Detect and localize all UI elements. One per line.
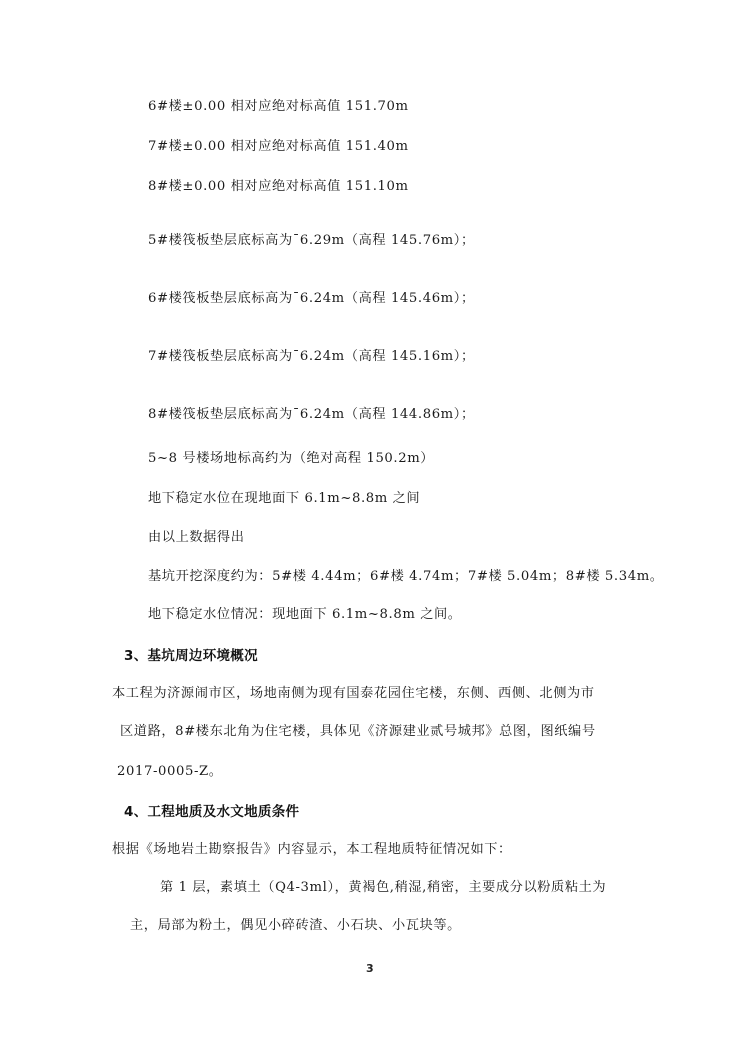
site-elevation-line: 5~8 号楼场地标高约为（绝对高程 150.2m） [148, 451, 434, 467]
section-3-paragraph-line-2: 区道路，8#楼东北角为住宅楼，具体见《济源建业贰号城邦》总图，图纸编号 [120, 724, 596, 740]
section-3-paragraph-line-1: 本工程为济源闹市区，场地南侧为现有国泰花园住宅楼，东侧、西侧、北侧为市 [112, 686, 595, 702]
section-3-heading: 3、基坑周边环境概况 [124, 648, 258, 664]
elevation-line-6: 6#楼±0.00 相对应绝对标高值 151.70m [148, 99, 409, 115]
section-4-heading: 4、工程地质及水文地质条件 [124, 804, 299, 820]
excavation-depth-line: 基坑开挖深度约为：5#楼 4.44m；6#楼 4.74m；7#楼 5.04m；8… [148, 569, 664, 585]
section-3-paragraph-line-3: 2017-0005-Z。 [117, 764, 223, 780]
raft-line-5: 5#楼筏板垫层底标高为¯6.29m（高程 145.76m）； [148, 233, 475, 249]
groundwater-line: 地下稳定水位在现地面下 6.1m~8.8m 之间 [148, 491, 420, 507]
raft-line-6: 6#楼筏板垫层底标高为¯6.24m（高程 145.46m）； [148, 291, 475, 307]
layer-1-line-1: 第 1 层，素填土（Q4-3ml），黄褐色,稍湿,稍密，主要成分以粉质粘土为 [160, 880, 606, 896]
raft-line-8: 8#楼筏板垫层底标高为¯6.24m（高程 144.86m）； [148, 407, 475, 423]
section-4-intro: 根据《场地岩土勘察报告》内容显示，本工程地质特征情况如下： [112, 842, 512, 858]
derived-line: 由以上数据得出 [148, 530, 245, 546]
page-number: 3 [366, 962, 374, 975]
raft-line-7: 7#楼筏板垫层底标高为¯6.24m（高程 145.16m）； [148, 349, 475, 365]
elevation-line-7: 7#楼±0.00 相对应绝对标高值 151.40m [148, 139, 409, 155]
groundwater-summary-line: 地下稳定水位情况：现地面下 6.1m~8.8m 之间。 [148, 607, 462, 623]
elevation-line-8: 8#楼±0.00 相对应绝对标高值 151.10m [148, 179, 409, 195]
layer-1-line-2: 主，局部为粉土，偶见小碎砖渣、小石块、小瓦块等。 [130, 918, 461, 934]
